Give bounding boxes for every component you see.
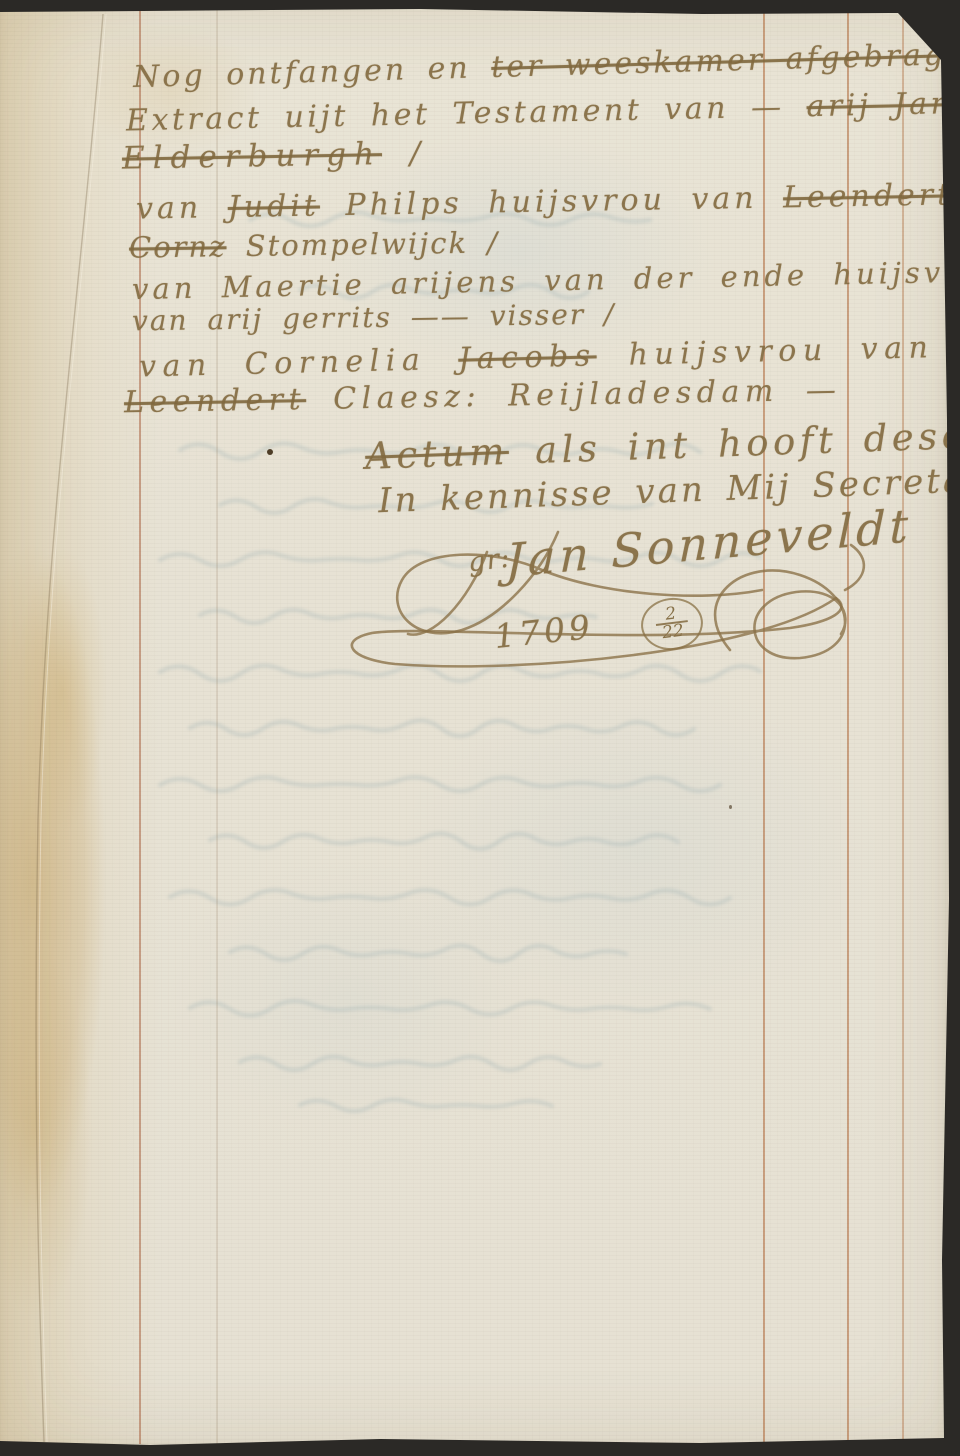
line-text: Philps huijsvrou van [320,180,784,223]
line-text: Nog ontfangen en [133,50,492,95]
manuscript-line-4: van Judit Philps huijsvrou van Leendert … [136,176,960,226]
line-text: Stompelwijck / [226,225,499,263]
manuscript-page: Nog ontfangen en ter weeskamer afgebragt… [0,0,960,1456]
line-text: — [953,176,960,212]
line-text-struck: Jacobs [458,338,597,376]
line-text: van Cornelia [139,342,459,385]
line-text-struck: ter weeskamer afgebragt [491,37,960,85]
margin-rule-right-2 [847,9,849,1444]
line-text: Claesz: Reijladesdam — [306,373,842,417]
line-text-struck: Cornz [129,229,227,264]
signature-year: 1709 [492,607,596,656]
margin-rule-right-3 [902,9,904,1444]
fraction-denominator: 22 [656,620,690,643]
line-text-struck: Leendert [124,382,307,420]
line-text: Extract uijt het Testament van — [126,89,807,138]
line-text-struck: Judit [227,188,320,225]
line-text-struck: arij Jans [806,86,960,124]
ink-spot [267,449,273,455]
line-text-struck: Elderburgh [122,136,383,177]
manuscript-line-2: Extract uijt het Testament van — arij Ja… [126,85,960,139]
manuscript-line-3: Elderburgh / [122,135,429,176]
line-text: van [136,190,228,227]
ink-speck [729,805,732,809]
date-fraction: 2 22 [638,594,706,653]
line-text-struck: Actum [364,430,509,478]
margin-rule-right-1 [763,9,765,1444]
line-text: / [382,135,429,172]
fraction-numerator: 2 [665,606,678,622]
line-text-struck: Leendert [783,177,954,215]
manuscript-line-1: Nog ontfangen en ter weeskamer afgebragt… [133,36,960,95]
year-text: 1709 [492,607,596,656]
line-text: huijsvrou van — [596,328,960,373]
manuscript-line-5: Cornz Stompelwijck / [129,225,500,264]
scan-stage: Nog ontfangen en ter weeskamer afgebragt… [0,0,960,1456]
manuscript-line-7: van arij gerrits —— visser / [132,298,616,338]
line-text: van arij gerrits —— visser / [132,298,616,338]
